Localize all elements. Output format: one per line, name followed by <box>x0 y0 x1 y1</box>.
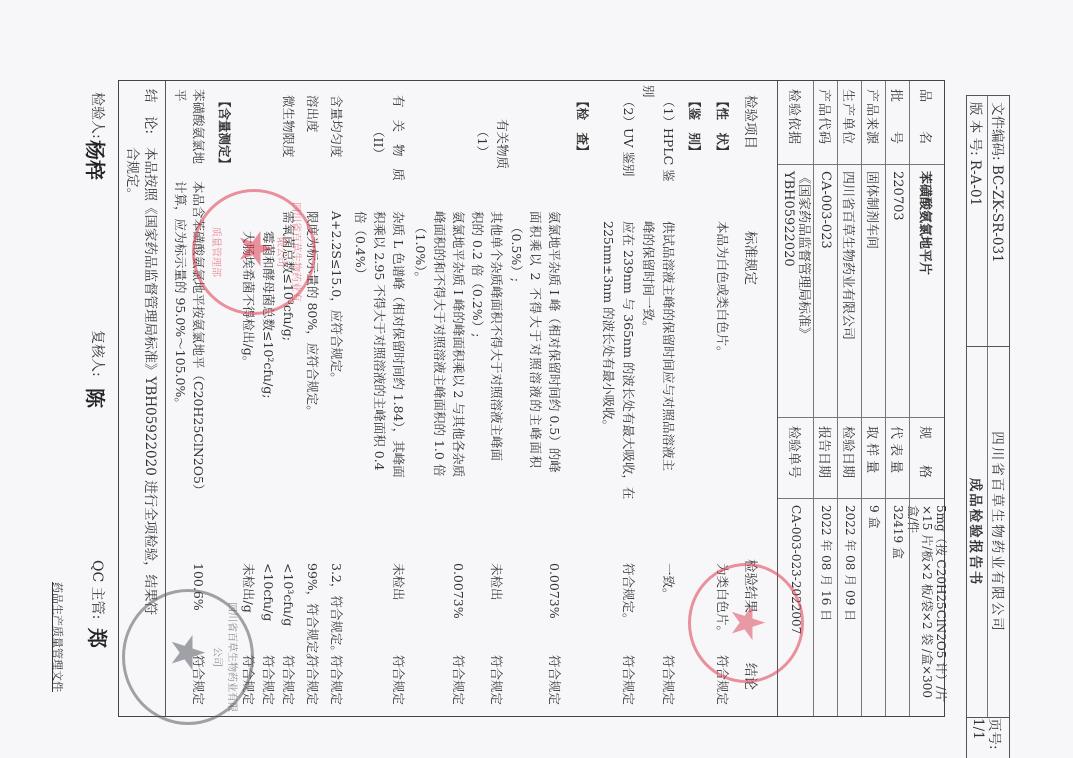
inspection-table: 品 名 苯磺酸氨氯地平片 规 格 5mg（按 C20H25ClN2O5 计）/片… <box>118 80 945 717</box>
section-assay: 【含量测定】 <box>216 95 232 170</box>
col-header-item: 检验项目 <box>742 95 758 149</box>
report-date: 2022 年 08 月 16 日 <box>814 499 838 716</box>
footer-note: 药品生产质量管理文件 <box>49 582 65 692</box>
info-row-code: 产品代码 CA-003-023 报告日期 2022 年 08 月 16 日 <box>814 81 838 716</box>
rs1-result-b: 未检出 <box>488 563 504 601</box>
section-identification: 【鉴 别】 <box>686 95 702 158</box>
micro-result-1: <10³cfu/g <box>280 563 296 626</box>
col-header-standard: 标准规定 <box>742 231 758 285</box>
test-basis-code: YBH05922020 <box>781 171 796 267</box>
report-title: 成品检验报告书 <box>967 347 988 717</box>
rs2-result: 未检出 <box>390 563 406 601</box>
product-name: 苯磺酸氨氯地平片 <box>910 165 944 418</box>
test-date: 2022 年 08 月 09 日 <box>838 499 862 716</box>
red-report-stamp: ★ <box>688 563 804 683</box>
conclusion-label: 结 论: <box>142 89 158 134</box>
micro-result-2: <10cfu/g <box>260 563 276 621</box>
info-row-producer: 生产单位 四川省百草生物药业有限公司 检验日期 2022 年 08 月 09 日 <box>838 81 862 716</box>
inspection-report-page: 文件编码: BC-ZK-SR-031 版 本 号: R-A-01 四川省百草生物… <box>0 0 1073 758</box>
reviewer-label: 复核人: <box>89 330 105 377</box>
inspector-label: 检验人: <box>89 92 105 139</box>
gray-company-stamp: ★ 四川省百草生物药业有限公司 <box>122 589 254 725</box>
page-number: 页号: 1/1 <box>967 718 1009 758</box>
rs1-result-a: 0.0073% <box>546 563 562 619</box>
company-name: 四川省百草生物药业有限公司 <box>988 347 1010 717</box>
sample-quantity: 9 盒 <box>862 499 886 716</box>
micro-result-3: 未检出/g <box>240 563 256 613</box>
qc-signature: 郑 <box>84 628 113 648</box>
qc-label: QC 主管: <box>89 560 105 619</box>
section-appearance: 【性 状】 <box>714 95 730 158</box>
test-basis: 《国家药品监督管理局标准》 <box>796 171 811 340</box>
product-spec: 5mg（按 C20H25ClN2O5 计）/片×15 片/板×2 板/袋×2 袋… <box>910 499 944 716</box>
red-quality-stamp: ★ 四川省百草生物药业有限公司 质量管理部 <box>192 189 316 315</box>
content-uniformity-result: 3.2，符合规定。 <box>328 563 344 658</box>
info-row-source: 产品来源 固体制剂车间 取 样 量 9 盒 <box>862 81 886 716</box>
version-number: 版 本 号: R-A-01 <box>967 96 988 346</box>
represent-quantity: 32419 盒 <box>886 499 910 716</box>
rs1-result-c: 0.0073% <box>450 563 466 619</box>
document-header: 文件编码: BC-ZK-SR-031 版 本 号: R-A-01 四川省百草生物… <box>966 95 1010 758</box>
info-row-batch: 批 号 220703 代 表 量 32419 盒 <box>886 81 910 716</box>
batch-number: 220703 <box>886 165 910 418</box>
uv-result: 符合规定。 <box>620 563 636 626</box>
product-source: 固体制剂车间 <box>862 165 886 418</box>
product-code: CA-003-023 <box>814 165 838 418</box>
dissolution-result: 99%，符合规定。 <box>304 563 320 666</box>
reviewer-signature: 陈 <box>82 388 111 408</box>
hplc-result: 一致。 <box>660 563 676 601</box>
section-check: 【检 查】 <box>574 95 590 158</box>
producer: 四川省百草生物药业有限公司 <box>838 165 862 418</box>
file-code: 文件编码: BC-ZK-SR-031 <box>988 96 1010 346</box>
conclusion-text: 本品按照《国家药品监督管理局标准》YBH05922020 进行全项检验，结果符 <box>142 147 158 615</box>
inspector-signature: 杨梓 <box>82 140 111 180</box>
info-row-name: 品 名 苯磺酸氨氯地平片 规 格 5mg（按 C20H25ClN2O5 计）/片… <box>910 81 944 716</box>
